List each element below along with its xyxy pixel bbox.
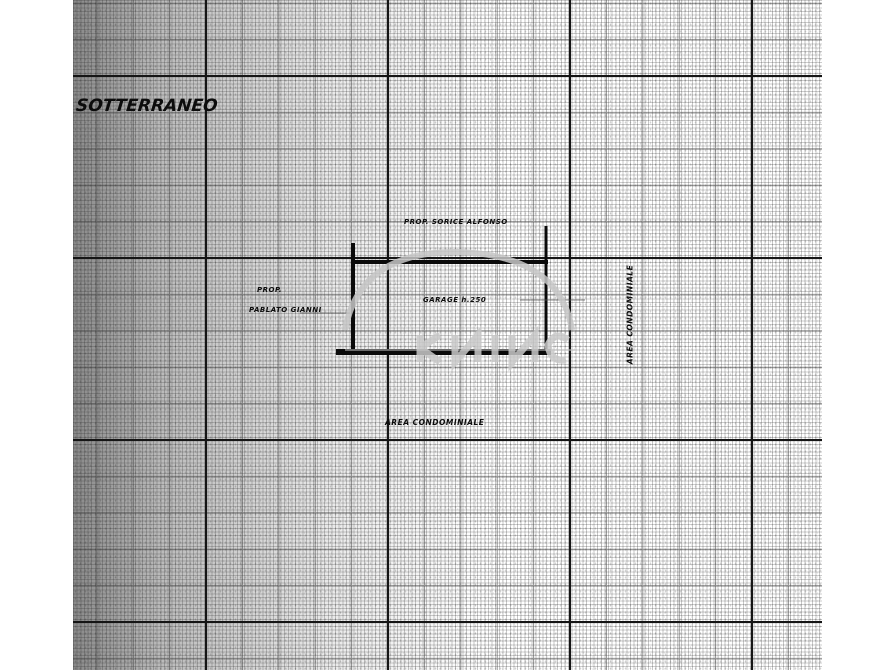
room-label-garage: GARAGE h.250: [423, 296, 486, 304]
east-area-label: AREA CONDOMINIALE: [626, 245, 635, 385]
west-neighbor-label-line2: PABLATO GIANNI: [249, 306, 322, 314]
south-area-label: AREA CONDOMINIALE: [385, 418, 484, 427]
garage-walls: [336, 226, 551, 352]
west-neighbor-label-line1: PROP.: [257, 286, 282, 294]
north-neighbor-label: PROP. SORICE ALFONSO: [404, 218, 508, 226]
level-title: SOTTERRANEO: [75, 96, 219, 116]
